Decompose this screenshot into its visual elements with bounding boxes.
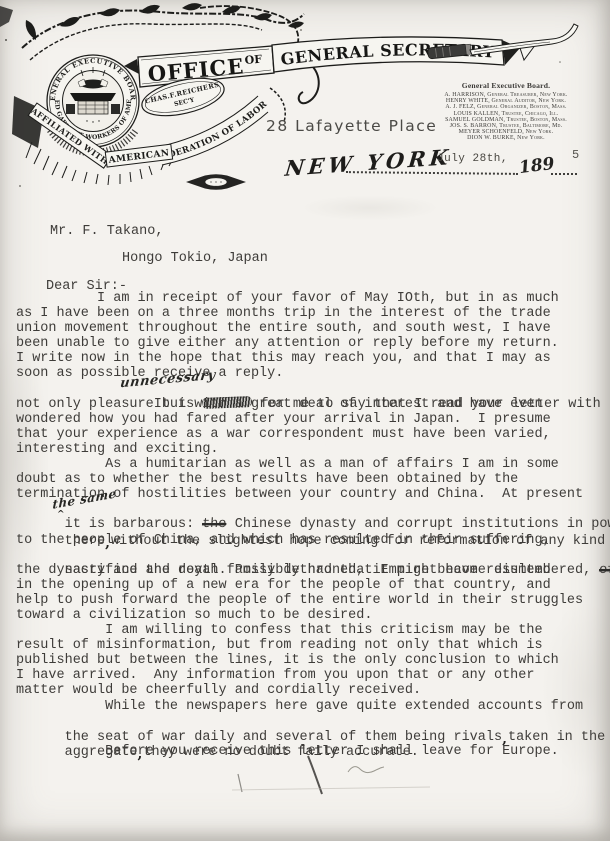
typed-line: result of misinformation, but from readi… xyxy=(16,638,604,653)
seal-fringe xyxy=(50,130,136,153)
typed-line: to the people of China, and which has re… xyxy=(16,533,604,548)
typed-line: I write now in the hope that this may re… xyxy=(16,351,604,366)
typed-line: in the opening up of a new era for the p… xyxy=(16,578,604,593)
recipient-name: Mr. F. Takano, xyxy=(50,224,163,239)
office-text: OFFICE xyxy=(147,53,245,86)
typed-line: not only pleasure but with a great deal … xyxy=(16,397,604,412)
cutters-knife-icon xyxy=(427,24,578,59)
union-seal: ★ GENERAL EXECUTIVE BOARD ★ UNITED GARME… xyxy=(0,0,139,147)
seal-ring-bottom-text: UNITED GARMENT WORKERS OF AMERICA xyxy=(0,0,133,141)
typed-line-with-correction: aggregate,they were no doubt faily accur… xyxy=(16,729,604,744)
typed-line: wondered how you had fared after your ar… xyxy=(16,412,604,427)
typed-line: help to push forward the people of the e… xyxy=(16,593,604,608)
corner-ink-blot xyxy=(0,6,13,27)
typed-line: as I have been on a three months trip in… xyxy=(16,306,604,321)
board-title: General Executive Board. xyxy=(408,81,604,90)
svg-text:FEDERATION OF LABOR: FEDERATION OF LABOR xyxy=(155,99,270,163)
typed-line-with-correction: it is barbarous: the Chinese dynasty and… xyxy=(16,502,604,517)
typed-date: July 28th, xyxy=(437,153,508,165)
typed-line: been unable to give either any attention… xyxy=(16,336,604,351)
typed-line: toward a civilization so much to be desi… xyxy=(16,608,604,623)
letter-body: I am in receipt of your favor of May IOt… xyxy=(16,291,604,759)
year-printed: 189 xyxy=(518,154,556,178)
recipient-address: Hongo Tokio, Japan xyxy=(122,251,268,266)
typed-line: Before you receive this letter I shall l… xyxy=(16,744,604,759)
affiliated-ribbon: AFFILIATED WITH xyxy=(27,102,112,168)
executive-board-list: General Executive Board. A. HARRISON, Ge… xyxy=(408,81,604,142)
typed-line: I am willing to confess that this critic… xyxy=(16,623,604,638)
typed-line: interesting and exciting. xyxy=(16,442,604,457)
year-dotted-line xyxy=(551,161,577,175)
federation-ribbon: FEDERATION OF LABOR xyxy=(153,96,270,165)
typed-line: As a humitarian as well as a man of affa… xyxy=(16,457,604,472)
american-text: AMERICAN xyxy=(107,148,170,165)
typed-line: published but between the lines, it is t… xyxy=(16,653,604,668)
typed-line-with-correction: sacrifice and death. Possibly had that E… xyxy=(16,548,604,563)
foliage-flourish xyxy=(22,6,319,185)
typed-line: matter would be cheerfully and cordially… xyxy=(16,683,604,698)
typed-line: that your experience as a war correspond… xyxy=(16,427,604,442)
svg-text:UNITED GARMENT WORKERS OF AMER: UNITED GARMENT WORKERS OF AMERICA xyxy=(0,0,133,141)
typed-line: I am in receipt of your favor of May IOt… xyxy=(16,291,604,306)
svg-text:★ GENERAL EXECUTIVE BOARD ★: ★ GENERAL EXECUTIVE BOARD ★ xyxy=(0,0,137,101)
seal-emblem-handshake xyxy=(66,67,120,123)
foliage-leaves xyxy=(26,3,304,40)
typed-line-with-correction: the seat of war daily and several of the… xyxy=(16,714,604,729)
seal-ring-top-text: ★ GENERAL EXECUTIVE BOARD ★ xyxy=(0,0,137,101)
general-secretary-text: GENERAL SECRETARY xyxy=(280,40,496,69)
american-ribbon: AMERICAN xyxy=(105,144,172,167)
typed-line-with-correction: there,without the slightest hope coming … xyxy=(16,517,604,532)
federation-of-labor-text: FEDERATION OF LABOR xyxy=(155,99,270,163)
svg-text:GENERAL SECRETARY: GENERAL SECRETARY xyxy=(280,40,496,69)
of-text: OF xyxy=(244,53,263,67)
secretary-name-text: CHAS.F.REICHERS xyxy=(144,81,220,106)
typed-line: doubt as to whether the best results hav… xyxy=(16,472,604,487)
page-number: 5 xyxy=(572,148,579,162)
lozenge-ornament xyxy=(186,174,246,190)
general-secretary-banner: GENERAL SECRETARY xyxy=(272,37,536,72)
typed-line: union movement throughout the entire sou… xyxy=(16,321,604,336)
office-banner: OFFICE OF xyxy=(124,46,274,87)
letter-scan-page: ★ GENERAL EXECUTIVE BOARD ★ UNITED GARME… xyxy=(0,0,610,841)
secretary-oval: CHAS.F.REICHERS SEC'Y xyxy=(138,71,227,122)
affiliated-with-text: AFFILIATED WITH xyxy=(29,105,111,167)
typed-line-with-correction: It is for me to say that I read your let… xyxy=(16,382,604,397)
board-member: DION W. BURKE, New York. xyxy=(408,135,604,141)
typed-line: While the newspapers here gave quite ext… xyxy=(16,699,604,714)
typed-line: soon as possible receive a reply. xyxy=(16,366,604,381)
ribbon-shadow xyxy=(12,96,44,148)
typed-line: the dynasty and the royal family dethron… xyxy=(16,563,604,578)
typed-line: I have arrived. Any information from you… xyxy=(16,668,604,683)
secretary-title-text: SEC'Y xyxy=(174,97,196,109)
paper-stain xyxy=(300,195,440,221)
